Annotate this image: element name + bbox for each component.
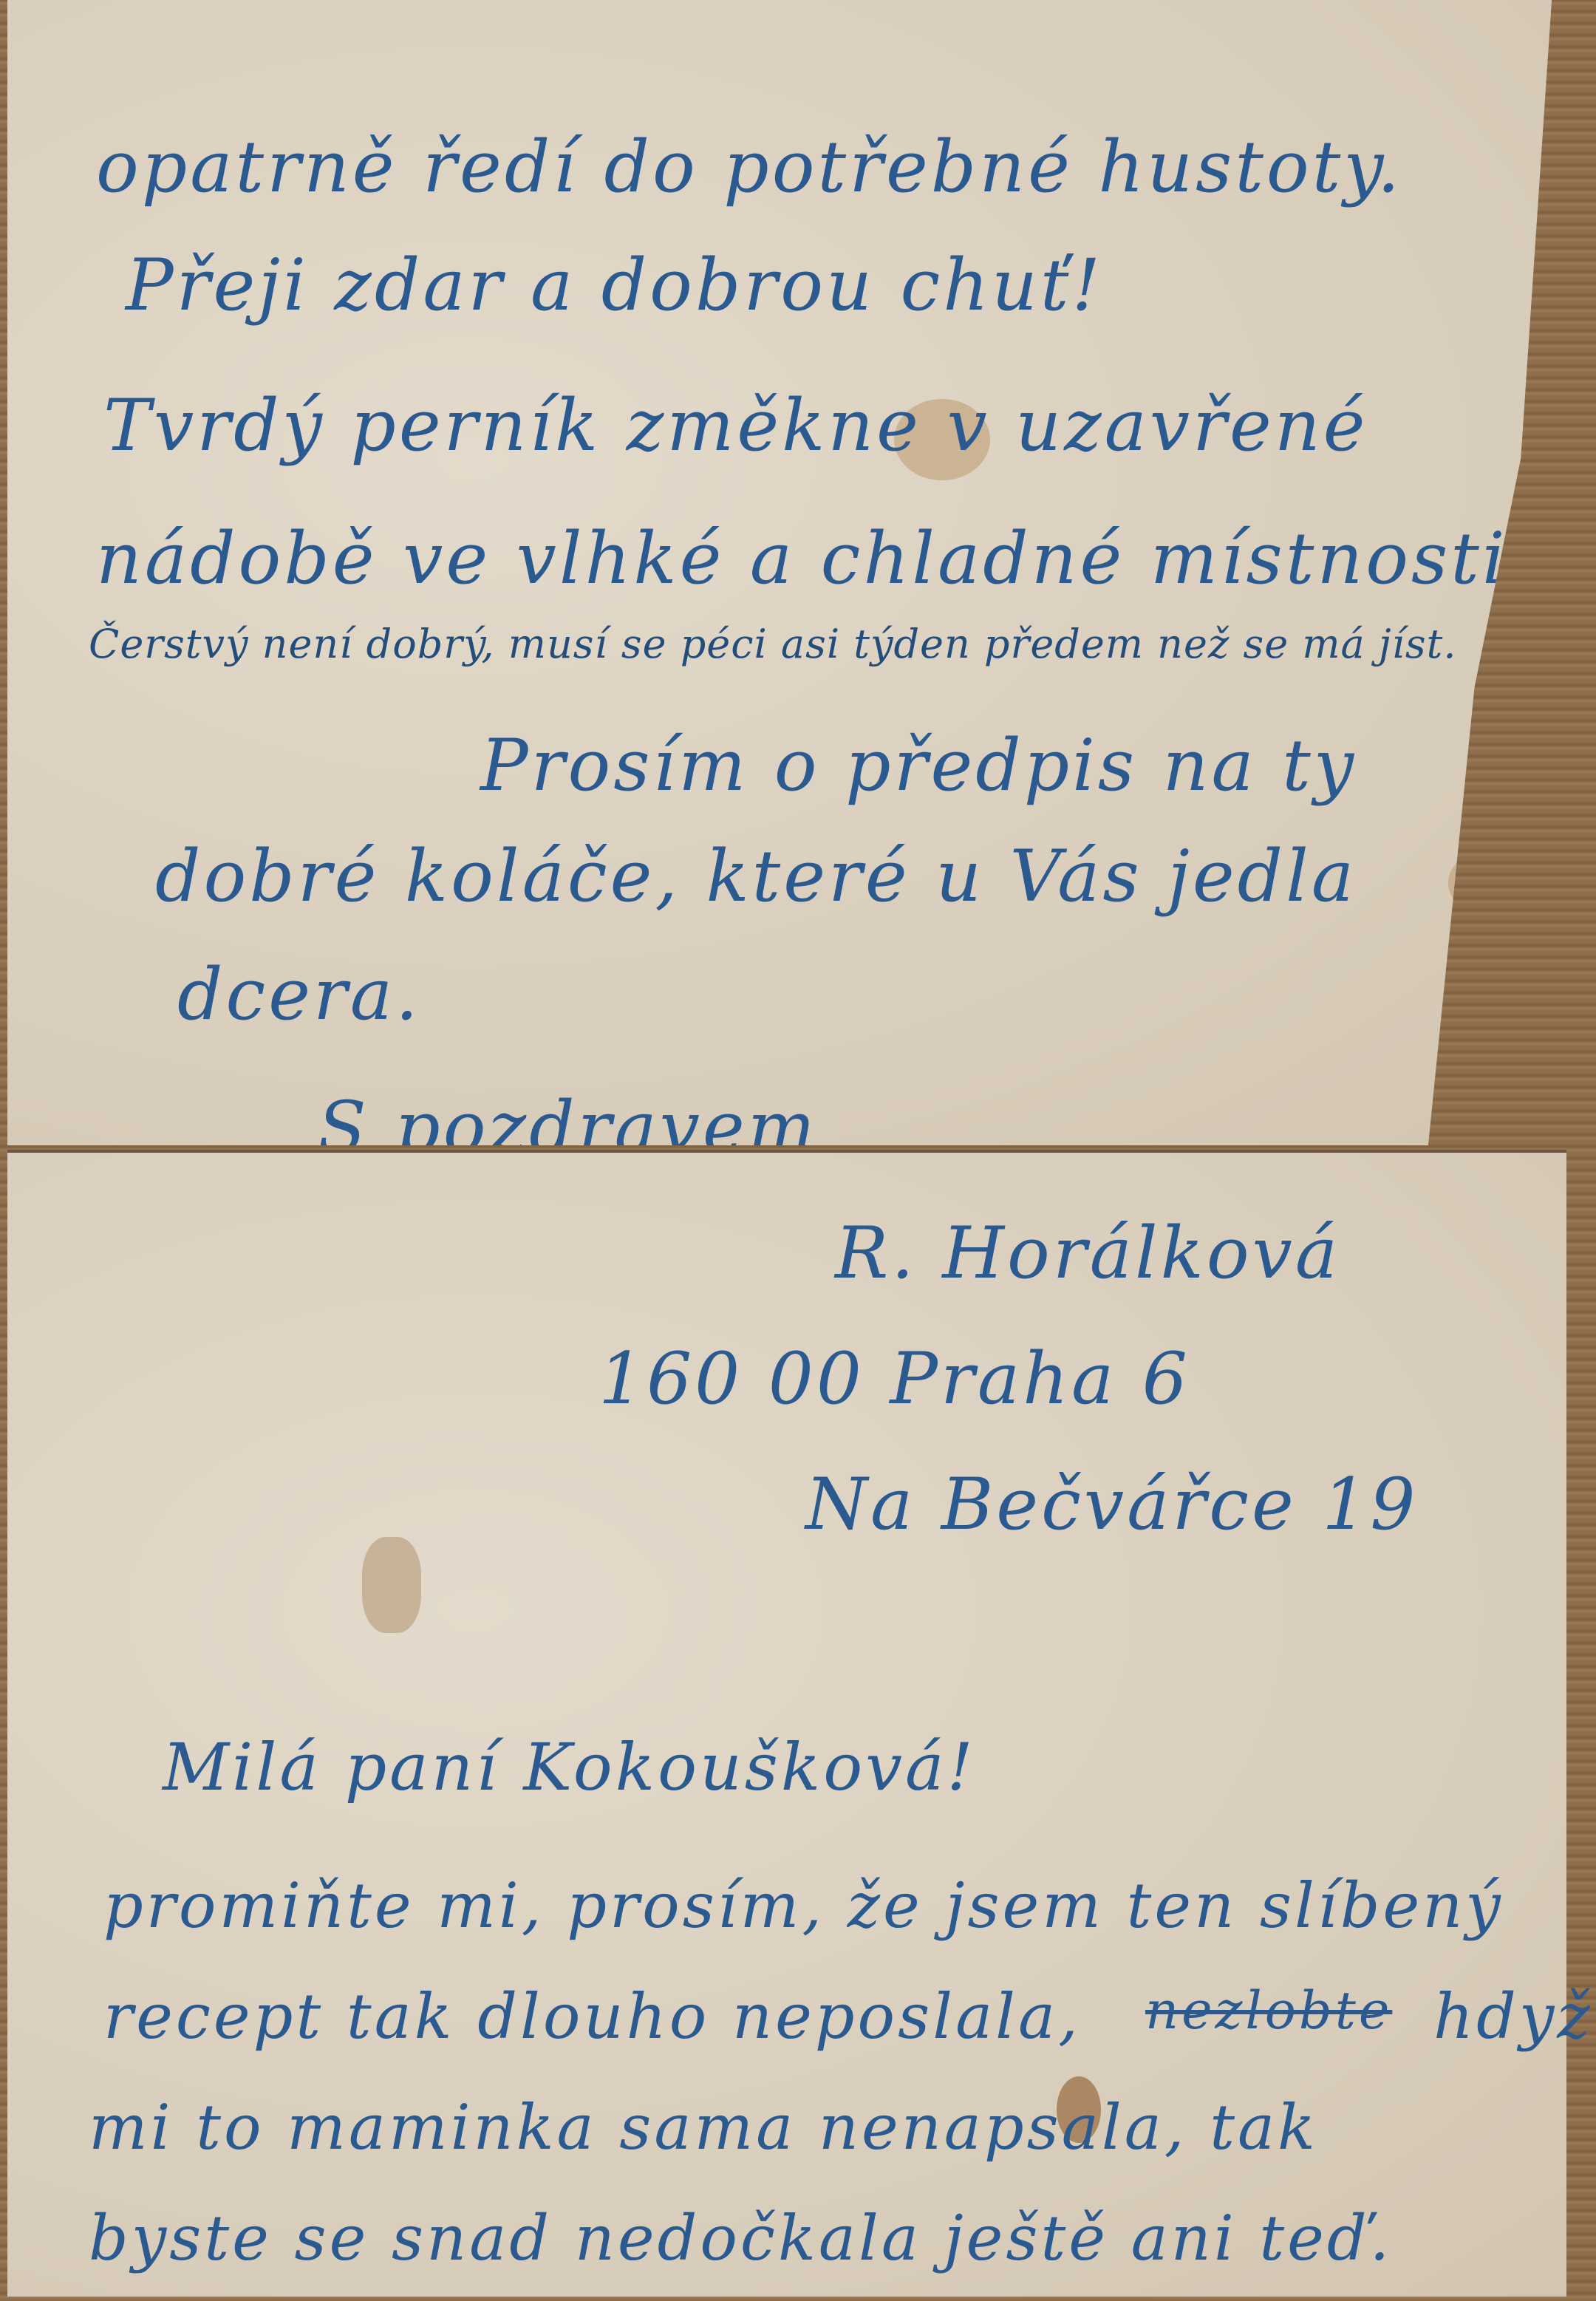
text-line: Tvrdý perník změkne v uzavřené	[103, 384, 1368, 467]
text-line: opatrně ředí do potřebné hustoty.	[96, 126, 1402, 208]
text-line: mi to maminka sama nenapsala, tak	[89, 2091, 1318, 2164]
text-line: Přeji zdar a dobrou chuť!	[126, 244, 1103, 327]
address-line: 160 00 Praha 6	[598, 1337, 1190, 1420]
text-line: dobré koláče, které u Vás jedla	[155, 835, 1357, 918]
greeting: Milá paní Kokoušková!	[163, 1729, 976, 1805]
stain	[362, 1537, 421, 1633]
text-line: Prosím o předpis na ty	[480, 724, 1357, 807]
letter-bottom-half: R. Horálková 160 00 Praha 6 Na Bečvářce …	[7, 1150, 1566, 2297]
address-line: Na Bečvářce 19	[805, 1463, 1418, 1546]
struck-word: nezlobte	[1145, 1980, 1392, 2041]
text-line: hdyž	[1433, 1980, 1593, 2053]
letter-top-half: opatrně ředí do potřebné hustoty. Přeji …	[7, 0, 1552, 1145]
text-line: dcera.	[177, 953, 421, 1036]
text-line: nádobě ve vlhké a chladné místnosti.	[96, 517, 1533, 600]
text-line: byste se snad nedočkala ještě ani teď.	[89, 2202, 1392, 2274]
signature: R. Horálková	[835, 1212, 1340, 1295]
text-line: promiňte mi, prosím, že jsem ten slíbený	[103, 1869, 1504, 1942]
text-line: recept tak dlouho neposlala,	[103, 1980, 1081, 2053]
text-line: Čerstvý není dobrý, musí se péci asi týd…	[89, 621, 1457, 667]
stain	[1448, 850, 1529, 916]
